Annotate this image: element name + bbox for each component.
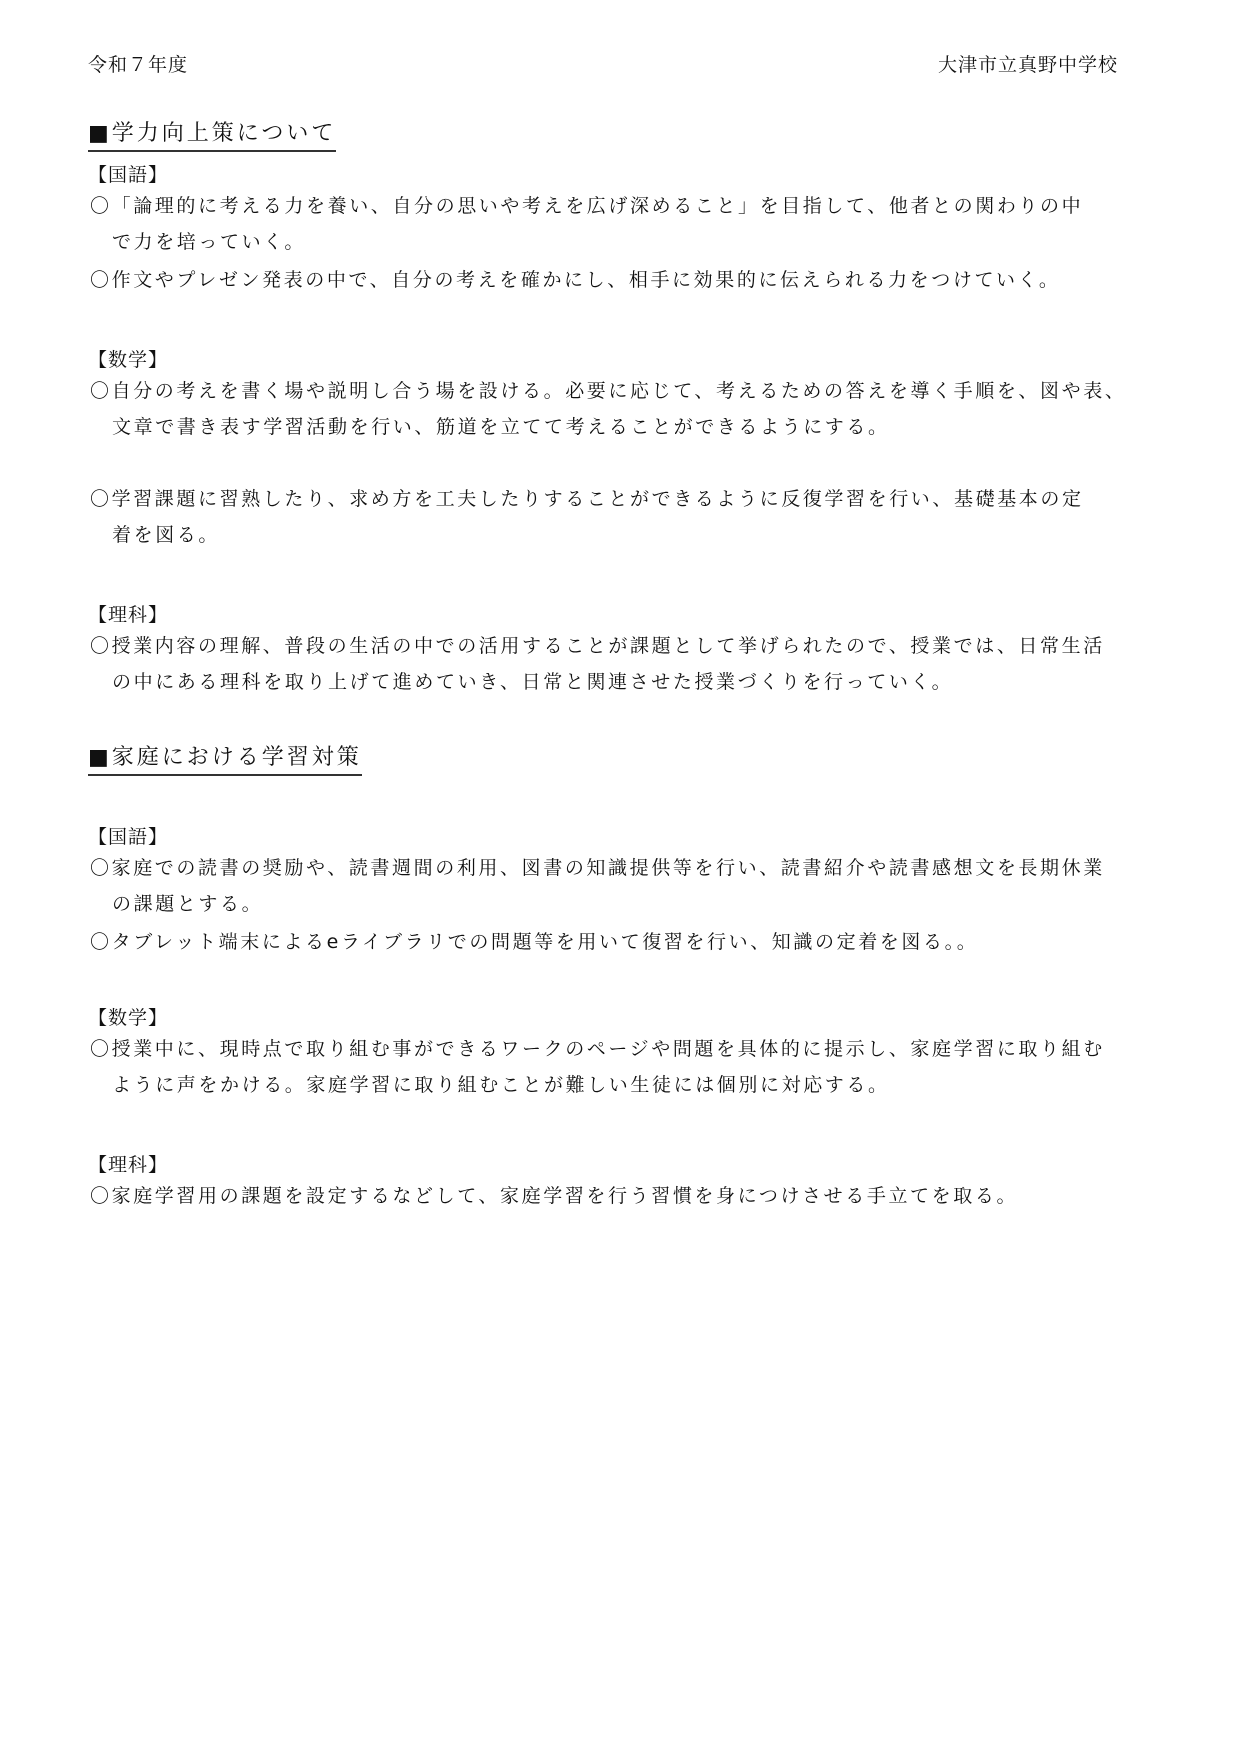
list-item: 〇授業内容の理解、普段の生活の中での活用することが課題として挙げられたので、授業… — [90, 628, 1170, 700]
list-item: 〇作文やプレゼン発表の中で、自分の考えを確かにし、相手に効果的に伝えられる力をつ… — [90, 262, 1170, 298]
item-line-continued: 着を図る。 — [90, 517, 1170, 553]
page-header: 令和７年度 大津市立真野中学校 — [88, 50, 1118, 77]
list-item: 〇家庭での読書の奨励や、読書週間の利用、図書の知識提供等を行い、読書紹介や読書感… — [90, 850, 1170, 922]
item-line-continued: の中にある理科を取り上げて進めていき、日常と関連させた授業づくりを行っていく。 — [90, 664, 1170, 700]
subject-label-math: 【数学】 — [88, 1003, 168, 1030]
item-line-continued: で力を培っていく。 — [90, 224, 1170, 260]
item-line-continued: ように声をかける。家庭学習に取り組むことが難しい生徒には個別に対応する。 — [90, 1067, 1170, 1103]
item-line: 〇タブレット端末によるeライブラリでの問題等を用いて復習を行い、知識の定着を図る… — [90, 931, 978, 953]
section-title-academic-improvement: ■学力向上策について — [88, 120, 336, 152]
item-line: 〇家庭での読書の奨励や、読書週間の利用、図書の知識提供等を行い、読書紹介や読書感… — [90, 857, 1105, 879]
list-item: 〇「論理的に考える力を養い、自分の思いや考えを広げ深めること」を目指して、他者と… — [90, 188, 1170, 260]
subject-label-math: 【数学】 — [88, 345, 168, 372]
subject-label-japanese: 【国語】 — [88, 160, 168, 187]
subject-label-japanese: 【国語】 — [88, 822, 168, 849]
list-item: 〇学習課題に習熟したり、求め方を工夫したりすることができるように反復学習を行い、… — [90, 481, 1170, 553]
section-title-home-study: ■家庭における学習対策 — [88, 744, 362, 776]
item-line: 〇「論理的に考える力を養い、自分の思いや考えを広げ深めること」を目指して、他者と… — [90, 195, 1083, 217]
school-name: 大津市立真野中学校 — [938, 50, 1118, 77]
list-item: 〇自分の考えを書く場や説明し合う場を設ける。必要に応じて、考えるための答えを導く… — [90, 373, 1170, 445]
item-line-continued: の課題とする。 — [90, 886, 1170, 922]
subject-label-science: 【理科】 — [88, 1150, 168, 1177]
item-line: 〇学習課題に習熟したり、求め方を工夫したりすることができるように反復学習を行い、… — [90, 488, 1084, 510]
item-line: 〇作文やプレゼン発表の中で、自分の考えを確かにし、相手に効果的に伝えられる力をつ… — [90, 269, 1060, 291]
item-line: 〇自分の考えを書く場や説明し合う場を設ける。必要に応じて、考えるための答えを導く… — [90, 380, 1126, 402]
subject-label-science: 【理科】 — [88, 600, 168, 627]
item-line-continued: 文章で書き表す学習活動を行い、筋道を立てて考えることができるようにする。 — [90, 409, 1170, 445]
list-item: 〇家庭学習用の課題を設定するなどして、家庭学習を行う習慣を身につけさせる手立てを… — [90, 1178, 1170, 1214]
item-line: 〇家庭学習用の課題を設定するなどして、家庭学習を行う習慣を身につけさせる手立てを… — [90, 1185, 1018, 1207]
list-item: 〇タブレット端末によるeライブラリでの問題等を用いて復習を行い、知識の定着を図る… — [90, 924, 1170, 960]
list-item: 〇授業中に、現時点で取り組む事ができるワークのページや問題を具体的に提示し、家庭… — [90, 1031, 1170, 1103]
fiscal-year: 令和７年度 — [88, 50, 188, 77]
item-line: 〇授業内容の理解、普段の生活の中での活用することが課題として挙げられたので、授業… — [90, 635, 1105, 657]
item-line: 〇授業中に、現時点で取り組む事ができるワークのページや問題を具体的に提示し、家庭… — [90, 1038, 1105, 1060]
